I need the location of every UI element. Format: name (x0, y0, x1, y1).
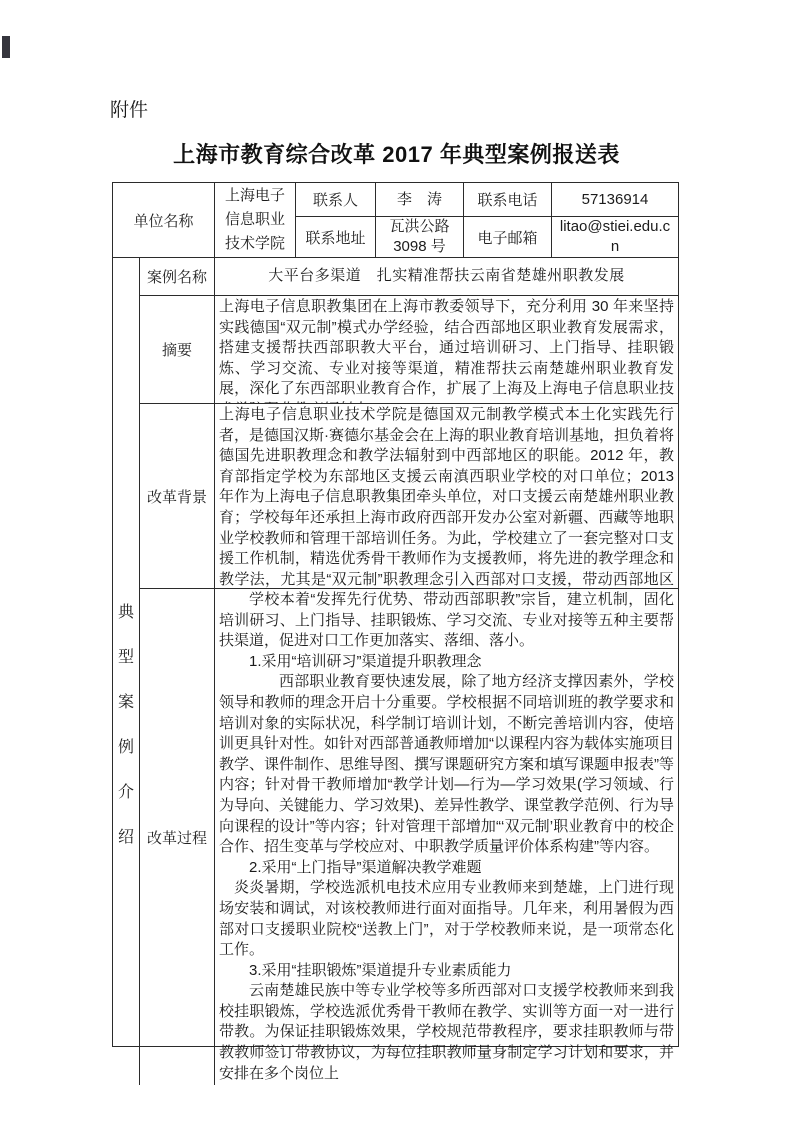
contact-person-label: 联系人 (296, 183, 376, 216)
contact-address-label: 联系地址 (296, 217, 376, 257)
contact-info-grid: 联系人 李 涛 联系电话 57136914 联系地址 瓦洪公路 3098 号 电… (296, 183, 678, 257)
contact-phone-label: 联系电话 (464, 183, 552, 216)
case-intro-section: 典型案例介绍 案例名称 大平台多渠道 扎实精准帮扶云南省楚雄州职教发展 摘要 上… (113, 258, 678, 1085)
process-heading-3: 3.采用“挂职锻炼”渠道提升专业素质能力 (219, 961, 674, 982)
process-heading-2: 2.采用“上门指导”渠道解决教学难题 (219, 858, 674, 879)
attachment-label: 附件 (110, 95, 148, 122)
process-heading-1: 1.采用“培训研习”渠道提升职教理念 (219, 652, 674, 673)
background-text: 上海电子信息职业技术学院是德国双元制教学模式本土化实践先行者，是德国汉斯·赛德尔… (215, 404, 678, 588)
email-value: litao@stiei.edu.cn (552, 217, 678, 257)
process-paragraph: 西部职业教育要快速发展，除了地方经济支撑因素外，学校领导和教师的理念开启十分重要… (219, 672, 674, 857)
process-paragraph: 云南楚雄民族中等专业学校等多所西部对口支援学校教师来到我校挂职锻炼，学校选派优秀… (219, 981, 674, 1084)
unit-name-label: 单位名称 (113, 183, 215, 257)
process-paragraph: 炎炎暑期，学校选派机电技术应用专业教师来到楚雄，上门进行现场安装和调试，对该校教… (219, 878, 674, 960)
process-text: 学校本着“发挥先行优势、带动西部职教”宗旨，建立机制，固化培训研习、上门指导、挂… (215, 589, 678, 1085)
abstract-text: 上海电子信息职教集团在上海市教委领导下，充分利用 30 年来坚持实践德国“双元制… (215, 296, 678, 403)
email-label: 电子邮箱 (464, 217, 552, 257)
contact-person-value: 李 涛 (376, 183, 464, 216)
table-row-abstract: 摘要 上海电子信息职教集团在上海市教委领导下，充分利用 30 年来坚持实践德国“… (140, 296, 678, 404)
table-row-background: 改革背景 上海电子信息职业技术学院是德国双元制教学模式本土化实践先行者，是德国汉… (140, 404, 678, 589)
case-intro-rows: 案例名称 大平台多渠道 扎实精准帮扶云南省楚雄州职教发展 摘要 上海电子信息职教… (140, 258, 678, 1085)
case-intro-vertical-label: 典型案例介绍 (113, 258, 140, 1085)
table-row-process: 改革过程 学校本着“发挥先行优势、带动西部职教”宗旨，建立机制，固化培训研习、上… (140, 589, 678, 1085)
contact-address-value: 瓦洪公路 3098 号 (376, 217, 464, 257)
case-report-table: 单位名称 上海电子信息职业技术学院 联系人 李 涛 联系电话 57136914 … (112, 182, 679, 1047)
case-name-label: 案例名称 (140, 258, 215, 295)
table-row-case-name: 案例名称 大平台多渠道 扎实精准帮扶云南省楚雄州职教发展 (140, 258, 678, 296)
process-label: 改革过程 (140, 589, 215, 1085)
scan-edge-mark (2, 36, 10, 58)
unit-name-value: 上海电子信息职业技术学院 (215, 183, 296, 257)
contact-phone-value: 57136914 (552, 183, 678, 216)
case-name-value: 大平台多渠道 扎实精准帮扶云南省楚雄州职教发展 (215, 258, 678, 295)
background-label: 改革背景 (140, 404, 215, 588)
table-row-unit-info: 单位名称 上海电子信息职业技术学院 联系人 李 涛 联系电话 57136914 … (113, 183, 678, 258)
table-row-contact: 联系人 李 涛 联系电话 57136914 (296, 183, 678, 217)
page-title: 上海市教育综合改革 2017 年典型案例报送表 (0, 138, 793, 169)
abstract-label: 摘要 (140, 296, 215, 403)
table-row-address: 联系地址 瓦洪公路 3098 号 电子邮箱 litao@stiei.edu.cn (296, 217, 678, 257)
document-page: 附件 上海市教育综合改革 2017 年典型案例报送表 单位名称 上海电子信息职业… (0, 0, 793, 1122)
process-paragraph: 学校本着“发挥先行优势、带动西部职教”宗旨，建立机制，固化培训研习、上门指导、挂… (219, 590, 674, 652)
